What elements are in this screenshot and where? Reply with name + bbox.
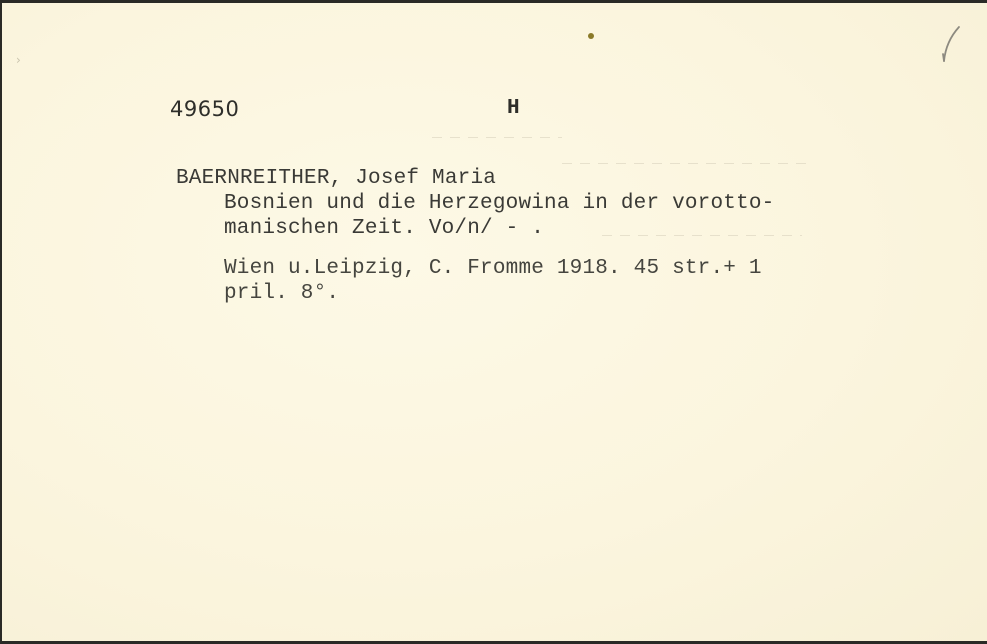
author-heading: BAERNREITHER, Josef Maria — [176, 167, 496, 190]
faint-guide-line — [602, 235, 802, 236]
imprint-line: Wien u.Leipzig, C. Fromme 1918. 45 str.+… — [224, 257, 762, 280]
imprint-line: pril. 8°. — [224, 282, 339, 305]
title-line: Bosnien und die Herzegowina in der vorot… — [224, 192, 775, 215]
ink-dot — [588, 33, 594, 39]
margin-mark: › — [16, 53, 21, 67]
catalog-card: › 49650 H BAERNREITHER, Josef Maria Bosn… — [2, 3, 987, 641]
location-code: H — [507, 97, 520, 120]
faint-guide-line — [562, 163, 812, 164]
check-mark-icon — [932, 21, 972, 66]
accession-number: 49650 — [170, 97, 239, 121]
title-line: manischen Zeit. Vo/n/ - . — [224, 217, 544, 240]
faint-guide-line — [432, 137, 562, 138]
